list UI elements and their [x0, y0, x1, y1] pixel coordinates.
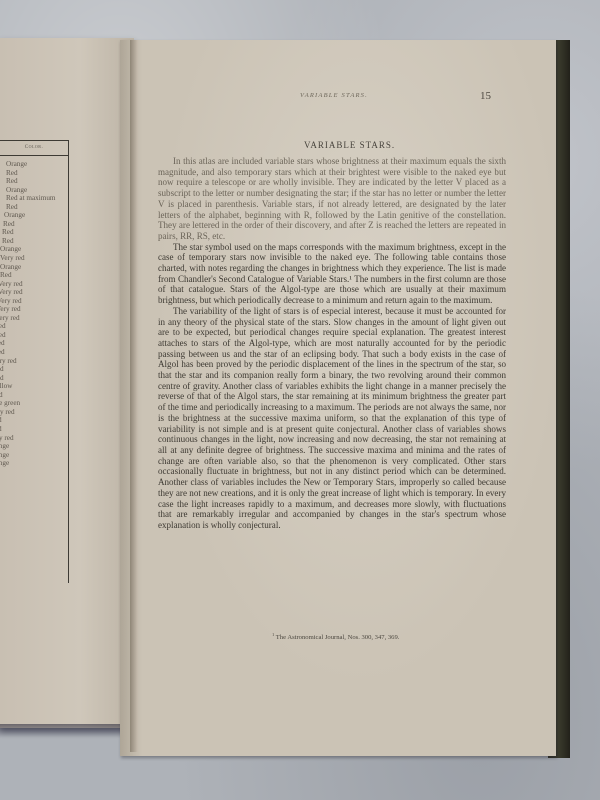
- color-entry: Red: [0, 476, 68, 485]
- page-shadow: [0, 724, 125, 738]
- color-entry: Red: [0, 536, 68, 545]
- color-entry: Red: [0, 510, 68, 519]
- color-entry: Red: [0, 348, 68, 357]
- color-entry: Very red: [0, 408, 68, 417]
- color-entry: Orange: [6, 160, 68, 169]
- section-title: VARIABLE STARS.: [304, 140, 395, 150]
- color-entry: Red: [0, 502, 68, 511]
- color-entry: Red: [0, 570, 68, 579]
- color-entry: Red: [0, 562, 68, 571]
- color-entry: Red: [0, 391, 68, 400]
- color-entry: Pale green: [0, 399, 68, 408]
- color-entry: Very red: [0, 288, 68, 297]
- right-page: VARIABLE STARS. 15 VARIABLE STARS. In th…: [120, 40, 556, 756]
- footnote-text: The Astronomical Journal, Nos. 300, 347,…: [276, 634, 400, 641]
- color-entry: Red: [0, 545, 68, 554]
- color-entry: Very red: [0, 434, 68, 443]
- color-entry: Red: [0, 485, 68, 494]
- color-entry: Red: [6, 169, 68, 178]
- color-entry: Red: [0, 425, 68, 434]
- color-entry: Red: [2, 237, 68, 246]
- footnote-mark: 1: [272, 632, 274, 637]
- paragraph-variability: The variability of the light of stars is…: [158, 306, 506, 531]
- left-page: Color. OrangeRedRedOrangeRed at maximumR…: [0, 38, 134, 728]
- color-entry: Red: [0, 331, 68, 340]
- color-column-header: Color.: [0, 141, 68, 156]
- color-entry: Very red: [0, 280, 68, 289]
- footnote: 1 The Astronomical Journal, Nos. 300, 34…: [272, 632, 399, 641]
- color-entry: Red: [3, 220, 68, 229]
- color-entry: Very red: [0, 305, 68, 314]
- color-entry: Red: [0, 322, 68, 331]
- color-entry: Orange: [0, 263, 68, 272]
- paragraph-intro: In this atlas are included variable star…: [158, 156, 506, 242]
- color-entry: Red: [0, 553, 68, 562]
- color-entry: Red: [0, 493, 68, 502]
- color-entry: Red: [0, 579, 68, 588]
- color-entry: Orange: [0, 442, 68, 451]
- color-entry: Orange: [0, 245, 68, 254]
- color-entry: Very red: [0, 357, 68, 366]
- color-entry: Red: [0, 374, 68, 383]
- color-entry: Very red: [0, 254, 68, 263]
- book-gutter: [130, 40, 138, 752]
- color-entry: Red: [0, 519, 68, 528]
- page-number: 15: [480, 90, 491, 102]
- color-entry: Orange: [4, 211, 68, 220]
- color-entry: Red: [2, 228, 68, 237]
- color-entry: Orange: [0, 459, 68, 468]
- color-entry: Red: [0, 416, 68, 425]
- color-entry: Very red: [0, 297, 68, 306]
- color-entry: Red: [0, 339, 68, 348]
- color-list: OrangeRedRedOrangeRed at maximumRedOrang…: [0, 160, 68, 587]
- color-entry: Red: [0, 468, 68, 477]
- color-entry: Red: [0, 365, 68, 374]
- color-entry: Yellow: [0, 382, 68, 391]
- color-entry: Red at maximum: [6, 194, 68, 203]
- color-entry: Red: [6, 203, 68, 212]
- color-entry: Red: [6, 177, 68, 186]
- color-table: Color. OrangeRedRedOrangeRed at maximumR…: [0, 140, 69, 583]
- color-entry: Very red: [0, 314, 68, 323]
- body-text: In this atlas are included variable star…: [158, 156, 506, 531]
- paragraph-star-symbol: The star symbol used on the maps corresp…: [158, 242, 506, 306]
- running-head: VARIABLE STARS.: [300, 92, 368, 99]
- color-entry: Orange: [0, 451, 68, 460]
- color-entry: Red: [0, 271, 68, 280]
- color-entry: Red: [0, 528, 68, 537]
- color-entry: Orange: [6, 186, 68, 195]
